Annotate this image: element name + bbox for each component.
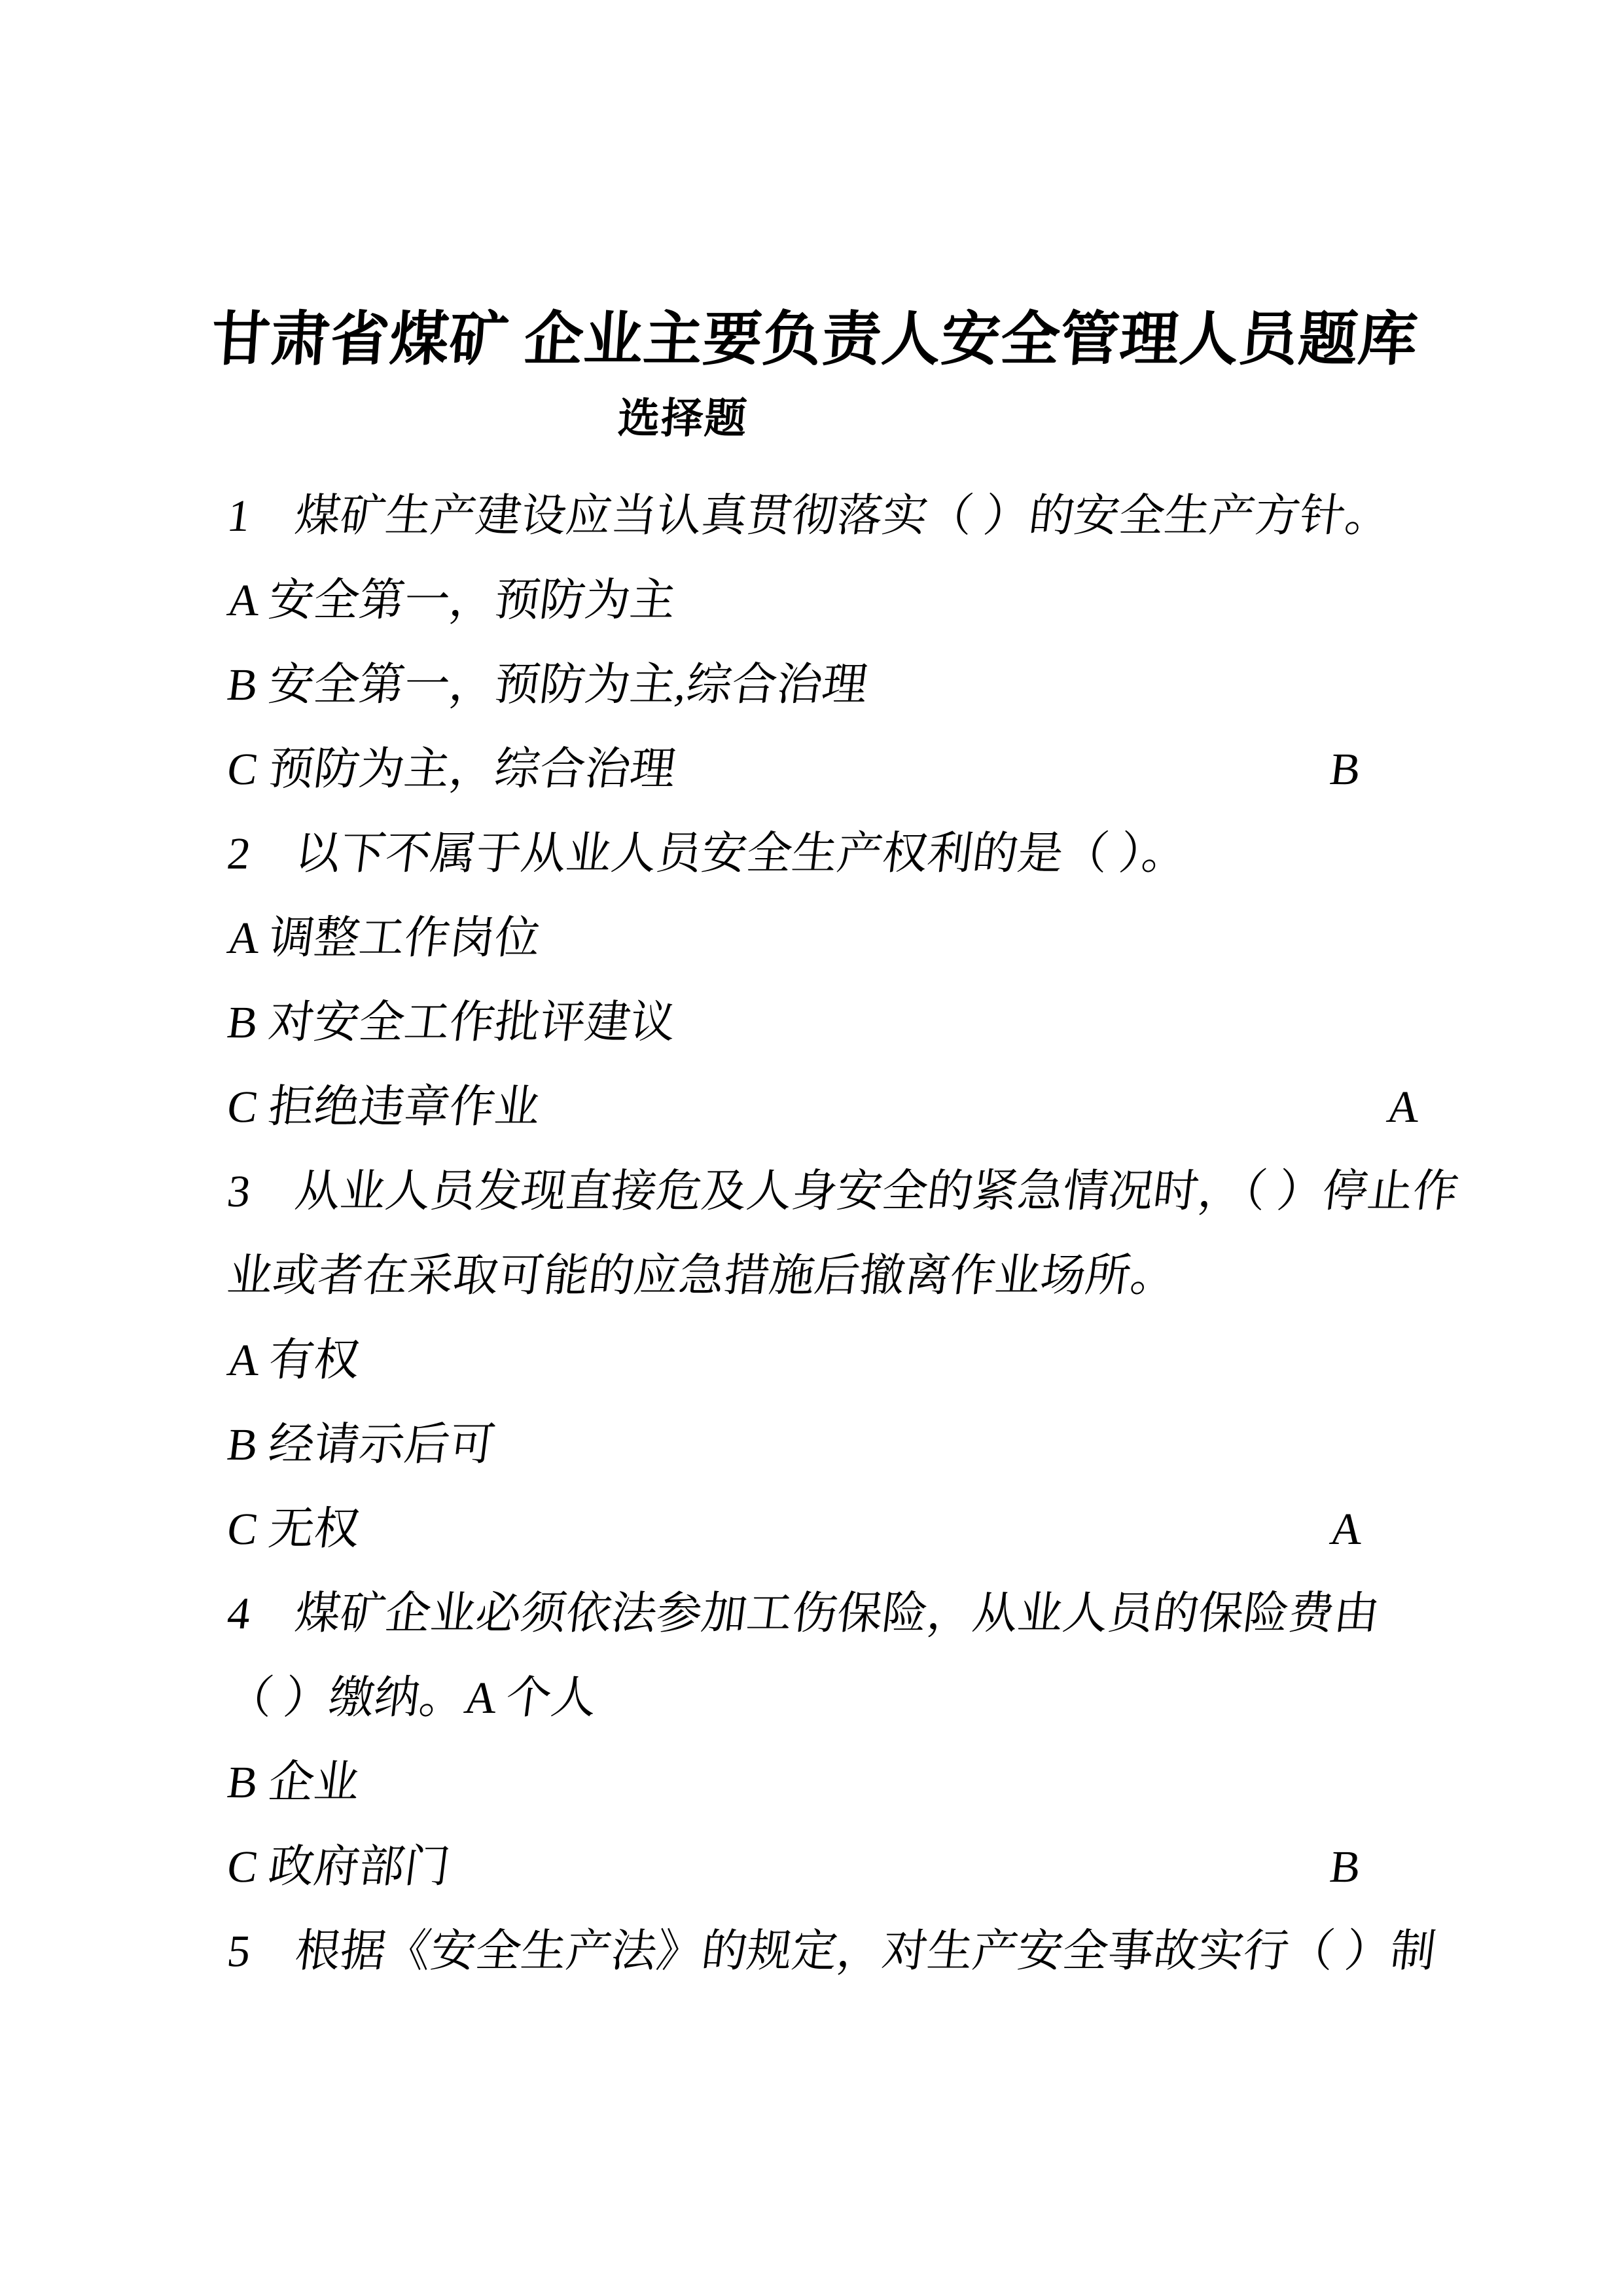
line-text: C 无权: [224, 1504, 363, 1554]
line-text: C 拒绝违章作业: [224, 1082, 543, 1132]
text-line: A 有权: [223, 1318, 1437, 1403]
line-text: A 调整工作岗位: [224, 913, 543, 963]
line-text: 5 根据《安全生产法》的规定，对生产安全事故实行（ ）制: [224, 1926, 1438, 1976]
document-title: 甘肃省煤矿 企业主要负责人安全管理人员题库: [26, 298, 1603, 383]
line-text: B 企业: [224, 1757, 363, 1807]
line-text: 3 从业人员发现直接危及人身安全的紧急情况时，（ ）停止作: [224, 1166, 1461, 1216]
line-text: B 安全第一，预防为主,综合治理: [224, 660, 870, 709]
line-text: （ ）缴纳。A 个人: [224, 1673, 599, 1723]
answer-letter: B: [1325, 727, 1366, 812]
text-line: C 拒绝违章作业A: [223, 1065, 1437, 1149]
text-line: 2 以下不属于从业人员安全生产权利的是（ ）。: [223, 812, 1437, 896]
text-line: B 安全第一，预防为主,综合治理: [223, 643, 1437, 727]
text-line: C 政府部门B: [223, 1825, 1437, 1909]
answer-letter: A: [1382, 1065, 1425, 1149]
text-line: （ ）缴纳。A 个人: [223, 1656, 1437, 1740]
line-text: A 有权: [224, 1335, 363, 1385]
answer-letter: A: [1325, 1487, 1368, 1571]
text-line: 5 根据《安全生产法》的规定，对生产安全事故实行（ ）制: [223, 1909, 1437, 1994]
text-line: C 预防为主，综合治理B: [223, 727, 1437, 812]
line-text: 4 煤矿企业必须依法参加工伤保险，从业人员的保险费由: [224, 1588, 1382, 1638]
line-text: 业或者在采取可能的应急措施后撤离作业场所。: [224, 1251, 1179, 1300]
document-page: 甘肃省煤矿 企业主要负责人安全管理人员题库 选择题 1 煤矿生产建设应当认真贯彻…: [0, 0, 1623, 2296]
line-text: A 安全第一，预防为主: [224, 575, 679, 625]
section-heading: 选择题: [616, 395, 1623, 442]
line-text: B 经请示后可: [224, 1420, 498, 1469]
line-text: B 对安全工作批评建议: [224, 997, 679, 1047]
text-line: B 企业: [223, 1740, 1437, 1825]
text-line: 1 煤矿生产建设应当认真贯彻落实（ ）的安全生产方针。: [223, 474, 1437, 558]
line-text: 1 煤矿生产建设应当认真贯彻落实（ ）的安全生产方针。: [224, 491, 1393, 541]
text-line: 业或者在采取可能的应急措施后撤离作业场所。: [223, 1234, 1437, 1318]
answer-letter: B: [1325, 1825, 1366, 1909]
text-line: 4 煤矿企业必须依法参加工伤保险，从业人员的保险费由: [223, 1571, 1437, 1656]
line-text: C 预防为主，综合治理: [224, 744, 679, 794]
text-line: A 安全第一，预防为主: [223, 558, 1437, 643]
line-text: C 政府部门: [224, 1842, 453, 1892]
question-list: 1 煤矿生产建设应当认真贯彻落实（ ）的安全生产方针。A 安全第一，预防为主B …: [0, 474, 1623, 1994]
text-line: 3 从业人员发现直接危及人身安全的紧急情况时，（ ）停止作: [223, 1149, 1437, 1234]
text-line: B 对安全工作批评建议: [223, 980, 1437, 1065]
text-line: B 经请示后可: [223, 1403, 1437, 1487]
text-line: A 调整工作岗位: [223, 896, 1437, 980]
text-line: C 无权A: [223, 1487, 1437, 1571]
line-text: 2 以下不属于从业人员安全生产权利的是（ ）。: [224, 829, 1190, 878]
